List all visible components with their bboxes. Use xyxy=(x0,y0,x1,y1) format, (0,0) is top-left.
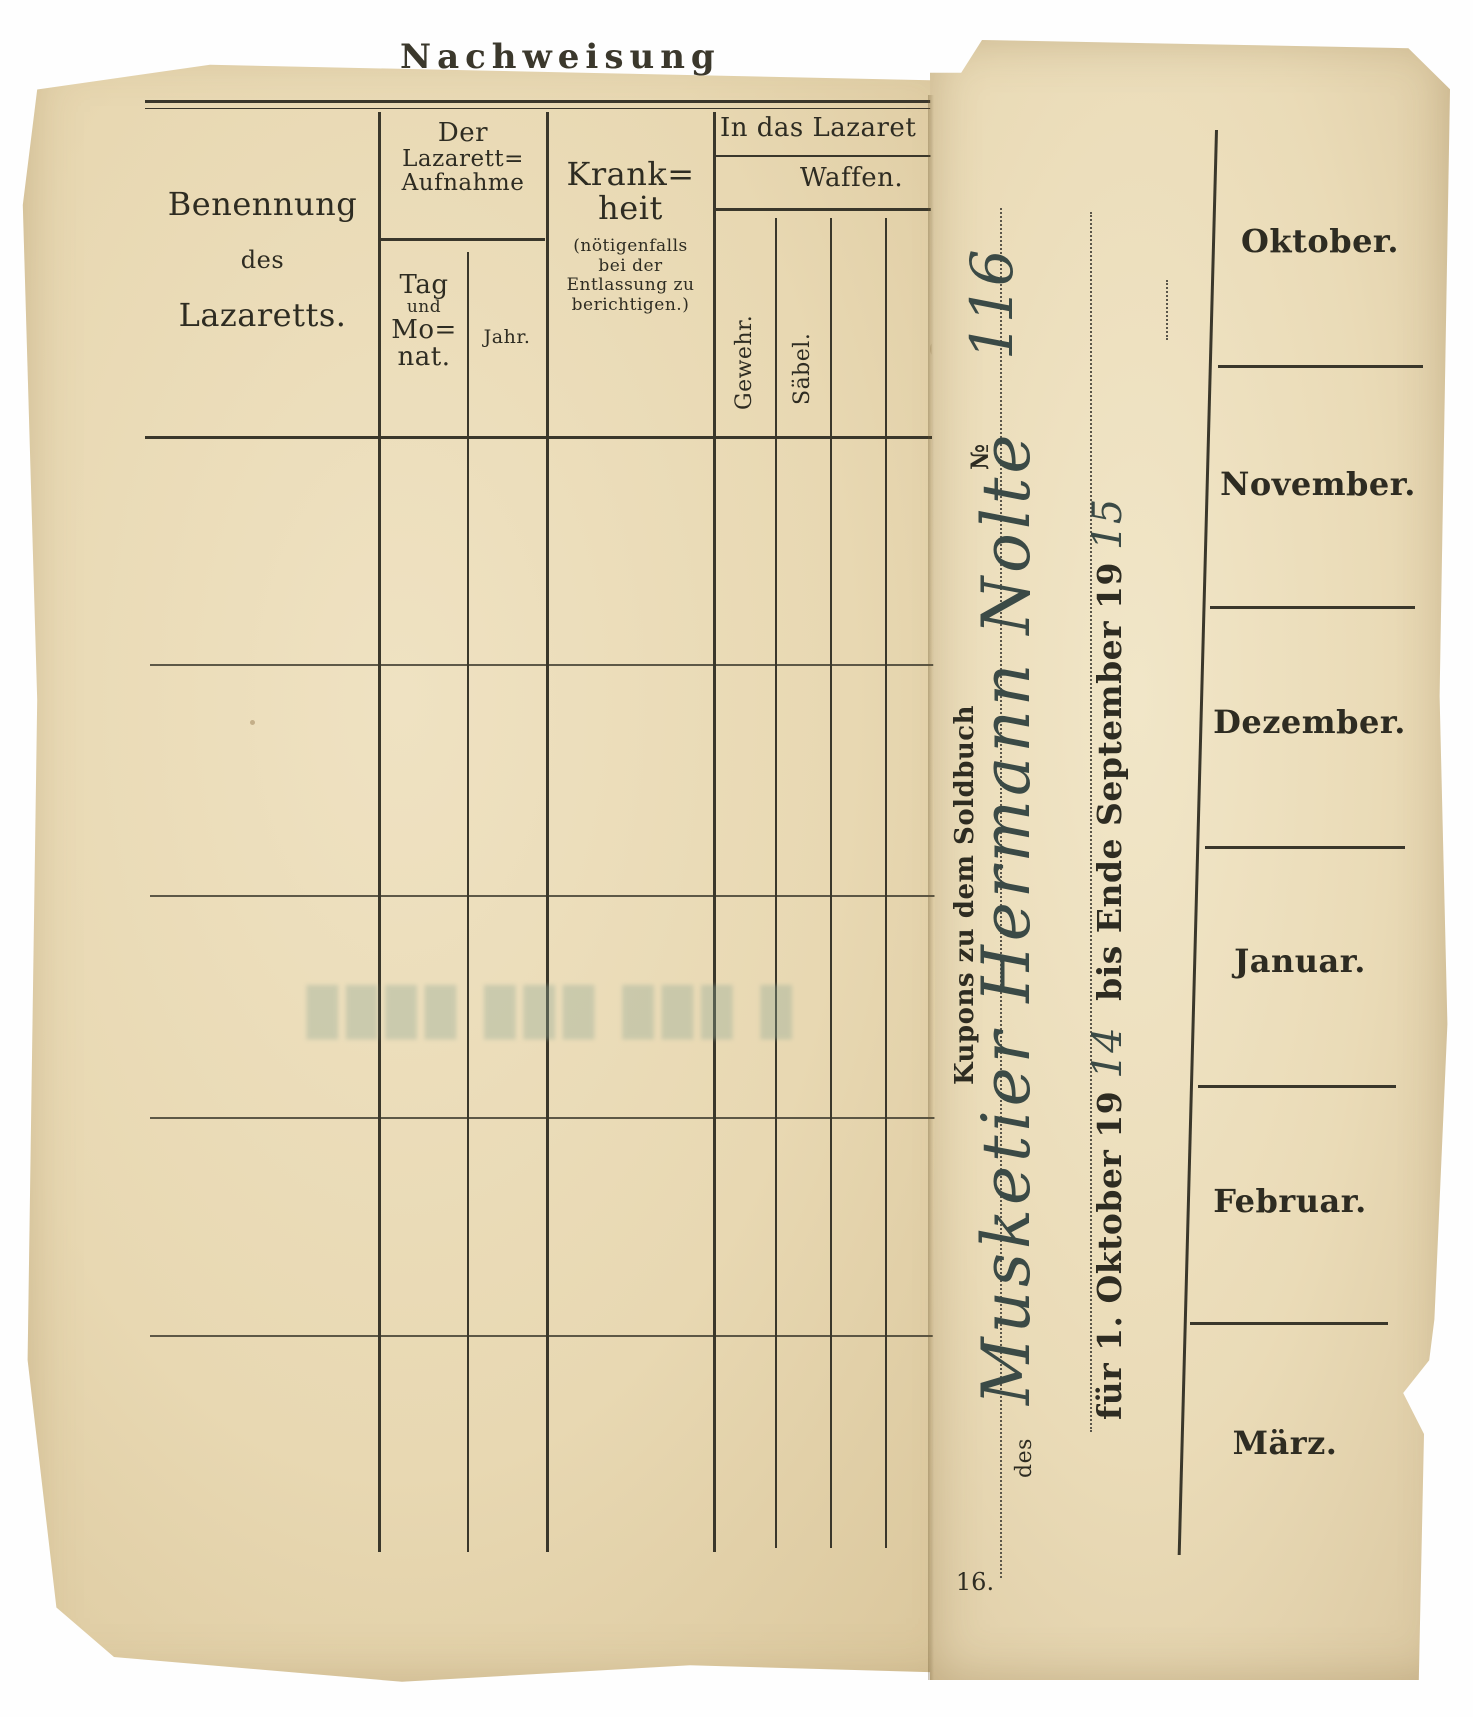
top-rule-thin xyxy=(145,108,955,109)
top-rule xyxy=(145,100,955,103)
header-jahr: Jahr. xyxy=(469,328,545,348)
header-in-das-lazaret: In das Lazaret xyxy=(720,115,960,142)
header-bottom-rule xyxy=(145,436,955,439)
period-prefix: für 1. Oktober 19 xyxy=(1090,1091,1129,1420)
bleed-through-stamp: ▉ ▉▉▉ ▉▉▉ ▉▉▉▉ xyxy=(255,985,835,1045)
table-row[interactable] xyxy=(150,440,940,662)
coupon-holder-handwritten[interactable]: Musketier Hermann Nolte xyxy=(968,431,1045,1406)
coupon-number-value[interactable]: 116 xyxy=(958,249,1026,360)
header-lazarett: Benennung des Lazaretts. xyxy=(150,188,375,332)
header-krankheit: Krank= heit (nötigenfalls bei der Entlas… xyxy=(549,158,712,315)
month-divider-3 xyxy=(1205,846,1405,849)
month-divider-5 xyxy=(1190,1322,1388,1325)
row-rule-1 xyxy=(150,664,940,666)
month-januar: Januar. xyxy=(1205,945,1395,979)
month-oktober: Oktober. xyxy=(1225,225,1415,259)
row-rule-4 xyxy=(150,1335,940,1337)
month-divider-4 xyxy=(1198,1085,1396,1088)
month-divider-2 xyxy=(1210,606,1415,609)
page-number: 16. xyxy=(945,1570,1005,1595)
lazaret-underline xyxy=(716,155,956,157)
month-divider-1 xyxy=(1218,365,1423,368)
table-row[interactable] xyxy=(150,1120,940,1333)
row-rule-2 xyxy=(150,895,940,897)
header-tag-monat: Tag und Mo= nat. xyxy=(383,272,465,372)
header-aufnahme: Der Lazarett= Aufnahme xyxy=(382,120,544,196)
period-start-year[interactable]: 14 xyxy=(1085,1027,1131,1079)
month-maerz: März. xyxy=(1190,1427,1380,1461)
coupon-des-label: des xyxy=(1012,1438,1037,1478)
header-saebel: Säbel. xyxy=(790,333,815,405)
period-mid: bis Ende September 19 xyxy=(1090,562,1129,1001)
table-row[interactable] xyxy=(150,667,940,893)
krankheit-note: (nötigenfalls bei der Entlassung zu beri… xyxy=(549,237,712,315)
header-title: Nachweisung xyxy=(400,40,720,76)
month-november: November. xyxy=(1218,468,1418,502)
coupon-dotted-line-3 xyxy=(1166,280,1168,340)
coupon-period: für 1. Oktober 19 14 bis Ende September … xyxy=(1085,498,1131,1420)
header-gewehr: Gewehr. xyxy=(732,315,757,410)
month-februar: Februar. xyxy=(1195,1185,1385,1219)
waffen-underline xyxy=(716,208,956,211)
aufnahme-underline xyxy=(380,238,545,241)
row-rule-3 xyxy=(150,1117,940,1119)
period-end-year[interactable]: 15 xyxy=(1085,498,1131,550)
stain-spot xyxy=(250,720,255,725)
month-dezember: Dezember. xyxy=(1212,706,1407,740)
table-row[interactable] xyxy=(150,1338,940,1548)
coupon-fold-shadow xyxy=(928,95,934,1680)
